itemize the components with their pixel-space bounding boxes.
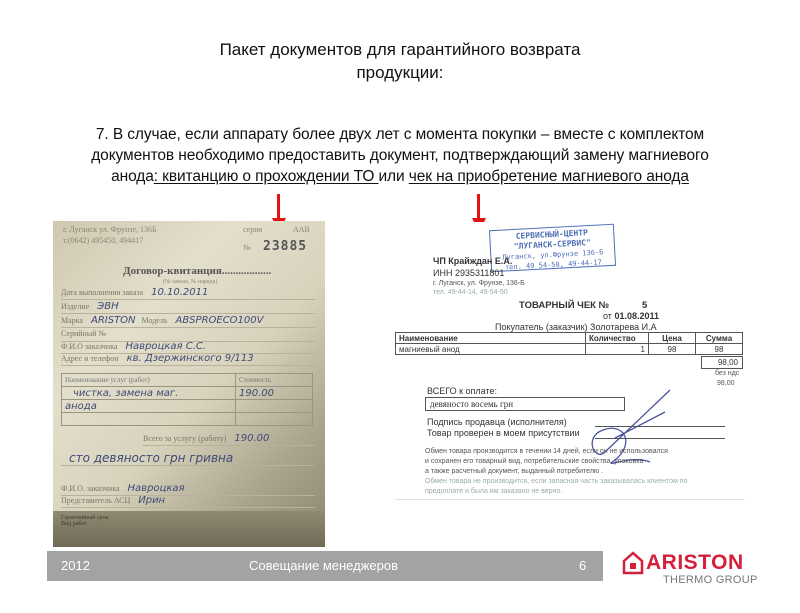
no-vat-label: без ндс — [715, 370, 739, 377]
contract-field: Дата выполнения заказа10.10.2011 — [61, 287, 315, 300]
receipt-buyer: Покупатель (заказчик) Золотарева И.А — [495, 322, 657, 332]
terms-line: и сохранен его товарный вид, потребитель… — [425, 458, 643, 465]
body-line-3-prefix: анода — [111, 168, 154, 185]
body-line-3: анода: квитанцию о прохождении ТО или че… — [18, 166, 782, 187]
table-row: магниевый анод 1 98 98 — [396, 344, 743, 355]
receipt-date: от 01.08.2011 — [603, 311, 659, 321]
underlined-anode-receipt: чек на приобретение магниевого анода — [409, 168, 689, 185]
contract-rep: Представитель АСЦИрин — [61, 495, 315, 508]
contract-total: Всего за услугу (работу)190.00 — [143, 433, 315, 446]
body-line-1: 7. В случае, если аппарату более двух ле… — [18, 124, 782, 145]
contract-bottom-shadow: Гарантийный срок Вид работ — [53, 511, 325, 547]
seller-inn: ИНН 2935311801 — [433, 268, 504, 278]
seller-name: ЧП Крайждан Е.А. — [433, 256, 512, 266]
slide-body-text: 7. В случае, если аппарату более двух ле… — [18, 124, 782, 187]
contract-number: 23885 — [263, 239, 307, 254]
house-icon — [622, 551, 644, 575]
footer-year: 2012 — [61, 558, 90, 573]
services-table: Наименование услуг (работ)Стоимость чист… — [61, 373, 313, 426]
underlined-receipt-to: : квитанцию о прохождении ТО — [154, 168, 379, 185]
contract-field: ИзделиеЭВН — [61, 301, 315, 314]
footer-page-number: 6 — [579, 558, 586, 573]
slide-title-line2: продукции: — [150, 61, 650, 84]
contract-heading-sub: (№ заказа, № наряда) — [163, 279, 217, 285]
service-contract-photo: г. Луганск ул. Фрунзе, 136Б т.(0642) 495… — [53, 221, 325, 547]
body-line-3-mid: или — [378, 168, 408, 185]
series-value: ААВ — [293, 225, 310, 234]
number-label: № — [243, 243, 251, 252]
slide-title-line1: Пакет документов для гарантийного возвра… — [150, 38, 650, 61]
contract-phones: т.(0642) 495450, 494417 — [63, 236, 143, 245]
terms-line: Обмен товара не производится, если запас… — [425, 478, 687, 485]
body-line-2: документов необходимо предоставить докум… — [18, 145, 782, 166]
seller-phones: тел. 49-44-14, 49-54-50 — [433, 289, 508, 296]
sales-receipt-scan: СЕРВИСНЫЙ-ЦЕНТР "ЛУГАНСК-СЕРВИС" Луганск… — [395, 222, 760, 520]
checked-label: Товар проверен в моем присутствии — [427, 428, 580, 438]
footer-meeting: Совещание менеджеров — [249, 558, 398, 573]
contract-total-words: сто девяносто грн гривна — [61, 451, 315, 466]
logo-subtitle: THERMO GROUP — [663, 574, 758, 586]
receipt-items-table: Наименование Количество Цена Сумма магни… — [395, 332, 743, 355]
contract-address: г. Луганск ул. Фрунзе, 136Б — [63, 225, 157, 234]
terms-line: предоплате и была им заказано не верно. — [425, 488, 562, 495]
receipt-title: ТОВАРНЫЙ ЧЕК № — [519, 300, 609, 311]
signature-label: Подпись продавца (исполнителя) — [427, 417, 567, 427]
seller-address: г. Луганск, ул. Фрунзе, 136-Б — [433, 280, 525, 287]
ariston-logo: ARISTON THERMO GROUP — [622, 549, 762, 589]
terms-line: а также расчетный документ, выданный пот… — [425, 468, 603, 475]
terms-line: Обмен товара производится в течении 14 д… — [425, 448, 668, 455]
series-label: серия — [243, 225, 262, 234]
contract-field: МаркаARISTON МодельABSPROECO100V — [61, 315, 315, 328]
total-label: ВСЕГО к оплате: — [427, 386, 497, 396]
slide-footer: 2012 Совещание менеджеров 6 — [47, 551, 603, 581]
receipt-subtotal: 98,00 — [701, 356, 743, 369]
slide-title: Пакет документов для гарантийного возвра… — [150, 38, 650, 84]
contract-heading: Договор-квитанция.................. — [123, 265, 271, 277]
receipt-number: 5 — [642, 300, 647, 311]
contract-field — [61, 361, 315, 373]
receipt-total: 98,00 — [717, 380, 735, 387]
logo-brand: ARISTON — [646, 551, 744, 575]
